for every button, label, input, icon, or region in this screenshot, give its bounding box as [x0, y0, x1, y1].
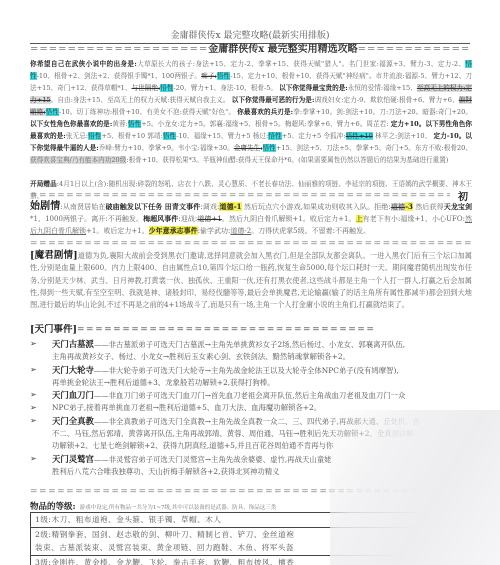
- strike-text: 道德: [391, 203, 405, 211]
- tianmen-separator: =================================: [77, 325, 375, 335]
- strike-text: 痴子:: [201, 72, 217, 80]
- highlight: 道德-1: [219, 202, 241, 211]
- highlight: 悟性: [163, 132, 176, 140]
- arrow-bullet-icon: ➢: [30, 415, 52, 428]
- item-title: 天门古墓派: [52, 339, 94, 349]
- item-text: NPC弟子,接着再单挑血刀老祖→胜利后道德+5、血刀大法、血海魔功解锁各+2。: [52, 402, 321, 414]
- intro-questions: 你希望自己在武侠小说中的出身是:大草原长大的孩子:身法+15、定力-2、拳掌+1…: [30, 58, 472, 166]
- answer-text: 拳:拳掌+10。剑:剑法+10。刀:刀法+20。暗器:奇门+20。: [293, 108, 472, 116]
- answer-text: 大草原长大的孩子:身法+15、定力-2、拳掌+15、获得天赋"猎人"。名门世家:…: [137, 60, 466, 68]
- question-label: 以下你觉得最宝贵的是:: [279, 84, 348, 92]
- document-page: 金庸群侠传x 最完整攻略(最新实用排版) ===================…: [0, 0, 500, 565]
- item-title: 天门大轮寺: [52, 365, 94, 375]
- list-item: ➢天门古墓派——非古墓派弟子可选天门古墓派→主角先单挑黄衫女子2场,然后杨过、小…: [30, 338, 472, 351]
- item-title: 天门血刀门: [52, 390, 94, 400]
- answer-text: 。自由:身法+15、至高无上的权力天赋:获得天赋自我主义。: [51, 96, 230, 104]
- strike-text: 金庸先生:: [234, 144, 263, 152]
- question-label: 你希望自己在武侠小说中的出身是:: [30, 60, 137, 68]
- tianmen-label: [天门事件]: [30, 324, 77, 335]
- text: :从南贤居始在: [60, 203, 105, 211]
- highlight: 悟性: [46, 108, 59, 116]
- answer-text: 黄蓉:: [112, 120, 128, 128]
- question-label: 你最喜欢的兵刃是:: [237, 108, 293, 116]
- title-left-separator: ===================: [30, 44, 208, 55]
- list-item: ➢天门血刀门——非血刀门弟子可选天门血刀门→首先血刀老祖会离开队伍,然后主角战血…: [30, 389, 472, 402]
- items-label: 物品的等级:: [30, 502, 76, 512]
- highlight: 获得欢喜宝典/乃有能本内功20级: [30, 156, 126, 164]
- strike-text: 与世隔绝:: [132, 84, 161, 92]
- opening-gift-label: 开局赠品: [30, 180, 57, 188]
- item-text: ——非血刀门弟子可选天门血刀门→首先血刀老祖会离开队伍,然后主角战血刀老祖及血刀…: [94, 391, 406, 400]
- strike-text: 悟性+10: [346, 132, 373, 140]
- answer-text: 林平之:剑法+10、: [373, 132, 431, 140]
- answer-text: 张无忌:: [66, 132, 88, 140]
- item-title: 天门全真教: [52, 416, 94, 426]
- arrow-bullet-icon: ➢: [30, 364, 52, 377]
- answer-text: +15、剑法+5、刀法+5、拳掌+5、奇门+5。东方不败:根骨20、: [276, 144, 472, 152]
- answer-text: 调戏妇女:定力-9、欺软怕硬:根骨+6、臂力+6、: [314, 96, 458, 104]
- highlight: 悟性: [88, 132, 101, 140]
- text: 破庙触发以下任务: [106, 202, 163, 211]
- arrow-bullet-icon: ➢: [30, 389, 52, 402]
- item-text: 再单挑金轮法王→胜利后道德+3、龙象般若功解锁+2,获得打狗棒。: [30, 377, 472, 389]
- highlight: 悟性: [128, 120, 141, 128]
- text: 。然后九阴白骨爪解锁+1。败后定力+1。: [222, 215, 356, 223]
- arrow-bullet-icon: ➢: [30, 453, 52, 466]
- arrow-bullet-icon: ➢: [30, 338, 52, 351]
- answer-text: -10、福缘+15、臂力+5 杨过:: [176, 132, 268, 140]
- item-text: 主角再战黄衫女子、杨过、小龙女→胜利后玉女素心剑、玄铁剑法、黯然销魂掌解锁各+2…: [30, 351, 472, 363]
- item-text: ——非灵鹫宫弟子可选天门灵鹫宫→主角先战余婆婆、虚竹,再战天山童姥: [94, 455, 332, 464]
- text: 天龙宝剑: [444, 202, 472, 211]
- highlight: 悟性: [263, 144, 276, 152]
- title-text: 金庸群侠传x 最完整实用精选攻略: [208, 44, 357, 55]
- answer-text: +5。小龙女:定力+5。郭襄:福缘+5、根骨+5。梅超风:拳掌+6、臂力+6。周…: [141, 120, 388, 128]
- text: 然后玩点穴小游戏,如果成功则收其入队。拒绝:: [242, 203, 391, 211]
- answer-text: :根骨+10、获得松果*3。半瓶神仙醋:获得天王保命丹*6。(如果需要属性仍然以…: [126, 156, 448, 164]
- page-curl-overlay: [330, 410, 500, 565]
- answer-text: 永恒的爱情:福缘+15、: [348, 84, 417, 92]
- text: +1。败后定力+1。: [86, 227, 149, 235]
- highlight: 悟性: [160, 84, 173, 92]
- text: 然后获得: [413, 203, 444, 211]
- text: 田青文事件: [165, 202, 201, 211]
- question-label: 以下你觉得最可恶的行为是:: [232, 96, 315, 104]
- demon-plot-label: [魔君剧情]: [30, 250, 78, 261]
- arrow-bullet-icon: ➢: [30, 402, 52, 414]
- highlight: 上: [356, 215, 363, 223]
- question-label: 以下女性角色你最喜欢的是:: [30, 120, 112, 128]
- answer-text: +5、定力+5 令狐冲:: [282, 132, 346, 140]
- initial-plot: 始剧情:从南贤居始在破庙触发以下任务 田青文事件:调戏:道德-1 然后玩点穴小游…: [30, 201, 472, 237]
- items-note: 游戏中设定,所有物品一共分为1~7级,其中可以装备的是武器、防具、饰品这三类: [80, 505, 277, 511]
- list-item: ➢天门大轮寺——非大轮寺弟子可选天门大轮寺→主角先战金轮法王以及大轮寺全体NPC…: [30, 364, 472, 377]
- demon-plot-text: 道德为负,襄阳大战前会受到黑衣门邀请,选择同意就会加入黑衣门,但是全部队友都会离…: [30, 251, 472, 309]
- strike-text: 道德+1: [197, 215, 222, 223]
- items-heading: 物品的等级:游戏中设定,所有物品一共分为1~7级,其中可以装备的是武器、防具、饰…: [30, 500, 276, 512]
- highlight: 少年意承志事件: [149, 226, 198, 235]
- highlight: 悟性: [268, 132, 281, 140]
- text: :调戏:: [200, 203, 219, 211]
- answer-text: -10。切丁练神功:根骨+10、有美女不泡:获得天赋"好色"。: [59, 108, 235, 116]
- item-text: ——非大轮寺弟子可选天门大轮寺→主角先战金轮法王以及大轮寺全体NPC弟子(没有鸠…: [94, 366, 399, 375]
- initial-plot-label: 始剧情: [30, 201, 60, 212]
- text: 梅超风事件: [143, 214, 178, 223]
- highlight: 悟性: [217, 72, 231, 80]
- answer-text: 乔峰:臂力+10、拳掌+9。韦小宝:福缘+30。: [99, 144, 234, 152]
- answer-text: -20、臂力+1、身法-10、根骨-5。: [173, 84, 277, 92]
- item-title: 天门灵鹫宫: [52, 454, 94, 464]
- text: 。刀得伏虎掌5级。不留着:不再触发。: [251, 227, 370, 235]
- answer-text: -10、根骨+2、剑法+2、获得银手镯*1、100两银子。: [37, 72, 201, 80]
- title-right-separator: ===================: [358, 44, 470, 55]
- text: :迎战:: [178, 215, 197, 223]
- text: 有老下有小:福缘+1、小心UFO:: [363, 215, 465, 223]
- underline-text: 道德-2: [230, 227, 251, 235]
- text: :偷学武功:: [198, 227, 231, 235]
- demon-plot: [魔君剧情]道德为负,襄阳大战前会受到黑衣门邀请,选择同意就会加入黑衣门,但是全…: [30, 250, 472, 311]
- document-title: ===================金庸群侠传x 最完整实用精选攻略=====…: [30, 43, 470, 57]
- separator: ========================================…: [30, 238, 472, 250]
- tianmen-header: [天门事件]=================================: [30, 324, 472, 336]
- item-text: ——非古墓派弟子可选天门古墓派→主角先单挑黄衫女子2场,然后杨过、小龙女、郭襄离…: [94, 340, 405, 349]
- text: *1、1000两银子。离开:不再触发。: [30, 215, 143, 223]
- highlight: -3: [405, 202, 413, 211]
- answer-text: +5、根骨+10 郭靖:: [101, 132, 162, 140]
